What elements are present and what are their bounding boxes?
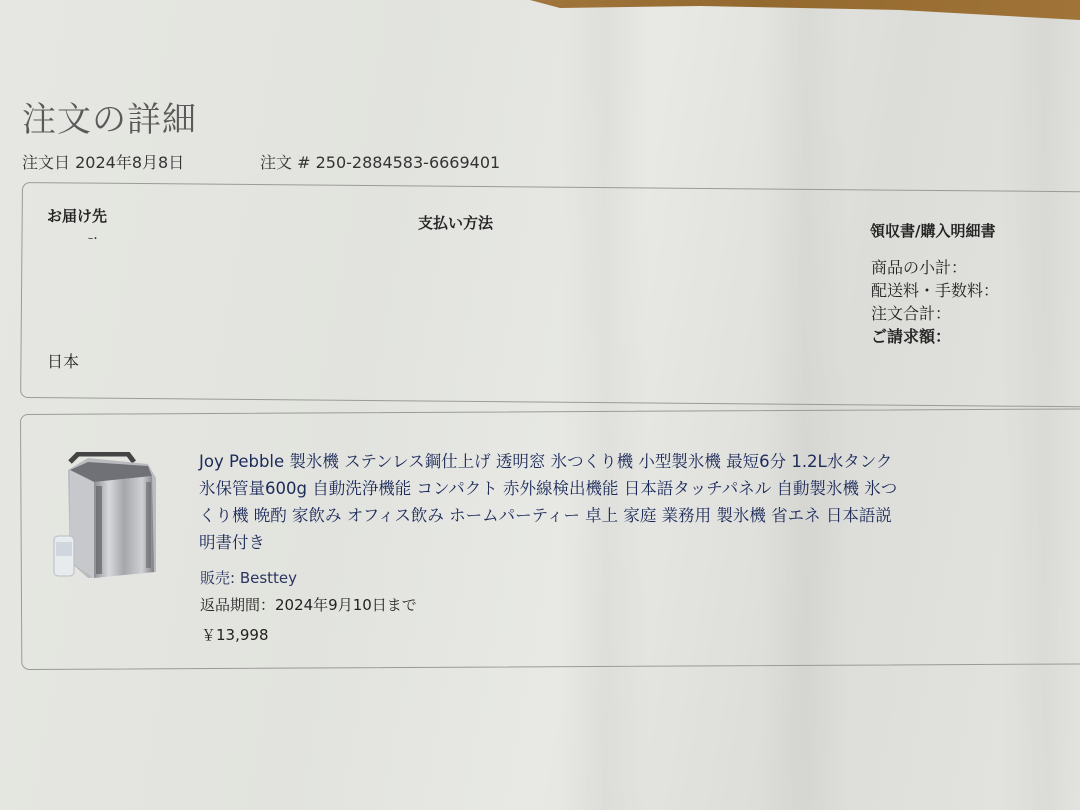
order-date: 注文日 2024年8月8日	[22, 153, 184, 172]
order-number-value: 250-2884583-6669401	[316, 153, 501, 172]
product-title-link[interactable]: Joy Pebble 製氷機 ステンレス鋼仕上げ 透明窓 氷つくり機 小型製氷機…	[199, 448, 899, 556]
order-number-label: 注文 #	[260, 153, 311, 172]
order-date-label: 注文日	[22, 153, 70, 172]
return-period: 返品期間：2024年9月10日まで	[200, 594, 417, 615]
receipt-shipping-fee: 配送料・手数料：	[871, 279, 999, 302]
printed-page: 注文の詳細 注文日 2024年8月8日 注文 # 250-2884583-666…	[0, 0, 1080, 810]
order-date-value: 2024年8月8日	[75, 153, 184, 172]
receipt-subtotal: 商品の小計：	[871, 256, 999, 279]
order-meta: 注文日 2024年8月8日 注文 # 250-2884583-6669401	[22, 150, 184, 173]
item-price: ￥13,998	[201, 624, 269, 645]
shipping-address-partial: ｰ･	[88, 230, 98, 245]
payment-heading: 支払い方法	[418, 212, 493, 233]
shipping-country: 日本	[47, 349, 79, 372]
receipt-order-total: 注文合計：	[871, 302, 999, 325]
page-title: 注文の詳細	[22, 92, 197, 141]
order-number: 注文 # 250-2884583-6669401	[260, 150, 500, 173]
receipt-lines: 商品の小計： 配送料・手数料： 注文合計： ご請求額：	[871, 256, 999, 348]
seller-name[interactable]: 販売: Besttey	[200, 567, 297, 588]
receipt-heading: 領収書/購入明細書	[870, 220, 995, 241]
ice-maker-product-image[interactable]	[48, 452, 178, 582]
shipping-heading: お届け先	[47, 205, 107, 226]
receipt-amount-billed: ご請求額：	[871, 325, 999, 348]
paper-fold-shadow	[560, 0, 650, 810]
